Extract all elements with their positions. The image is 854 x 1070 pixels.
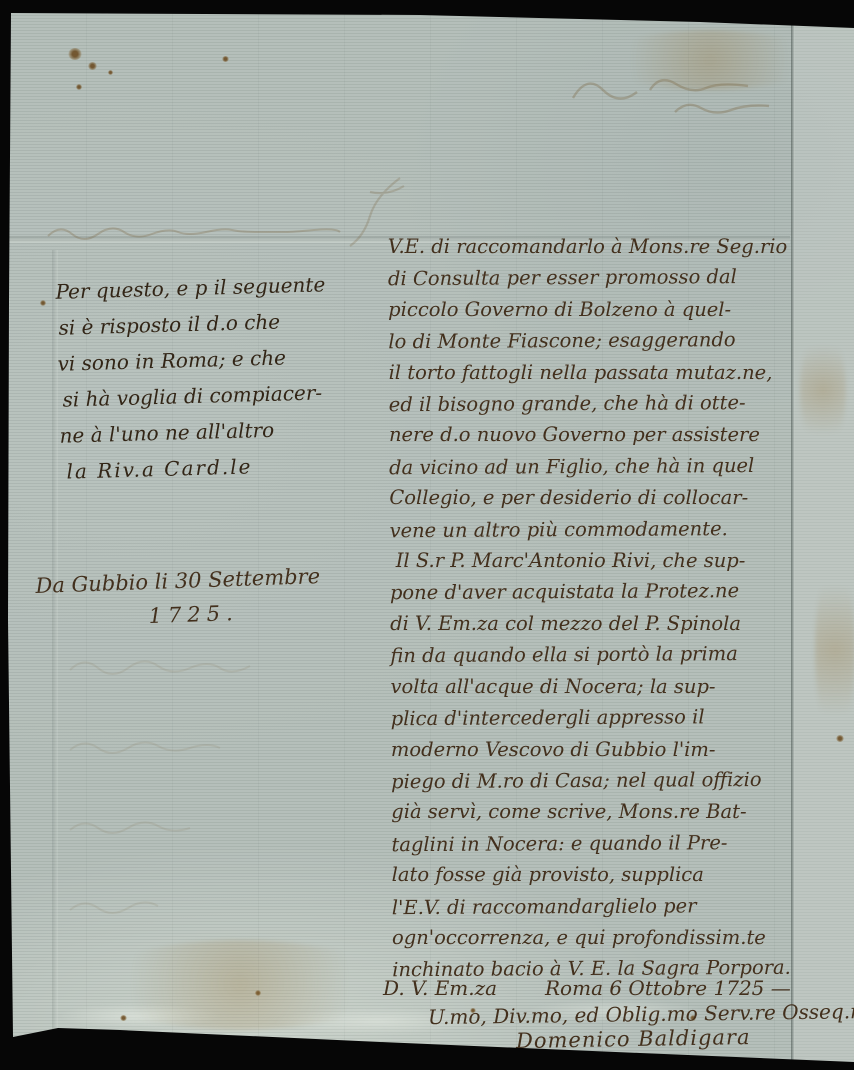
vertical-fold-crease — [791, 24, 795, 1062]
marginal-annotation: Per questo, e p il seguente si è rispost… — [55, 266, 331, 489]
body-line: l'E.V. di raccomandarglielo per — [392, 889, 792, 923]
stain-spot — [76, 84, 82, 90]
body-line: plica d'intercedergli appresso il — [391, 701, 791, 735]
body-line: il torto fattogli nella passata mutaz.ne… — [389, 357, 788, 388]
body-line: piego di M.ro di Casa; nel qual offizio — [391, 764, 791, 798]
stain-spot — [108, 70, 113, 75]
stain-spot — [40, 300, 46, 306]
body-line: piccolo Governo di Bolzeno à quel- — [388, 294, 787, 325]
body-line: di V. Em.za col mezzo del P. Spinola — [390, 608, 789, 639]
stain-spot — [68, 48, 82, 60]
body-line: da vicino ad un Figlio, che hà in quel — [389, 450, 789, 484]
stain-spot — [222, 56, 229, 62]
body-line: Il S.r P. Marc'Antonio Rivi, che sup- — [396, 545, 789, 576]
dateline-year: 1725. — [148, 593, 322, 633]
body-line: pone d'aver acquistata la Protez.ne — [390, 575, 790, 609]
annotation-line: si hà voglia di compiacer- — [62, 374, 329, 417]
dateline: Da Gubbio li 30 Settembre 1725. — [35, 559, 322, 637]
closing-addressee: D. V. Em.za — [383, 976, 497, 1000]
body-line: ogn'occorrenza, e qui profondissim.te — [392, 922, 791, 953]
stain-blotch — [800, 330, 846, 450]
body-line: di Consulta per esser promosso dal — [388, 261, 788, 295]
stain-spot — [120, 1015, 127, 1021]
ink-bleedthrough-icon — [60, 640, 360, 940]
body-line: lo di Monte Fiascone; esaggerando — [388, 324, 788, 358]
ink-bleedthrough-icon — [555, 68, 815, 126]
body-line: già servì, come scrive, Mons.re Bat- — [391, 796, 790, 827]
stain-blotch — [815, 560, 854, 740]
body-line: taglini in Nocera: e quando il Pre- — [391, 826, 791, 860]
body-line: fin da quando ella si portò la prima — [390, 638, 790, 672]
body-line: ed il bisogno grande, che hà di otte- — [389, 387, 789, 421]
letter-body: V.E. di raccomandarlo à Mons.re Seg.rio … — [388, 230, 792, 986]
letter-page: Per questo, e p il seguente si è rispost… — [0, 0, 854, 1070]
stain-blotch — [90, 940, 390, 1030]
scanner-background: Per questo, e p il seguente si è rispost… — [0, 0, 854, 1070]
annotation-line: Per questo, e p il seguente — [55, 266, 326, 310]
second-leaf-edge — [795, 24, 854, 1062]
body-line: moderno Vescovo di Gubbio l'im- — [391, 733, 790, 764]
closing-place-date: Roma 6 Ottobre 1725 — — [545, 976, 791, 1000]
body-line: nere d.o nuovo Governo per assistere — [389, 419, 788, 450]
body-line: volta all'acque di Nocera; la sup- — [390, 671, 789, 702]
signature: Domenico Baldigara — [516, 1025, 751, 1053]
body-line: lato fosse già provisto, supplica — [392, 859, 791, 890]
stain-spot — [88, 62, 97, 70]
body-line: V.E. di raccomandarlo à Mons.re Seg.rio — [388, 231, 787, 262]
body-line: Collegio, e per desiderio di collocar- — [389, 482, 788, 513]
annotation-line: la Riv.a Card.le — [66, 446, 331, 489]
body-line: vene un altro più commodamente. — [389, 512, 789, 546]
